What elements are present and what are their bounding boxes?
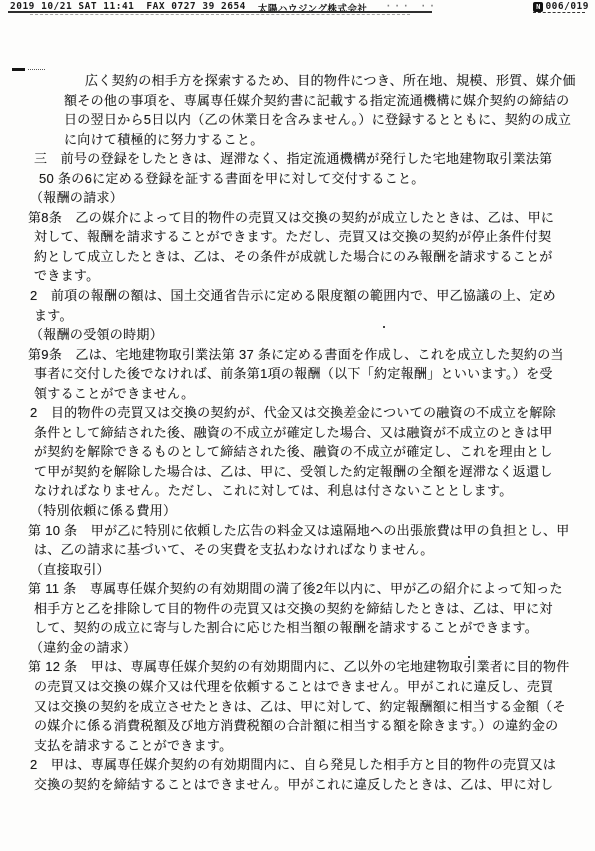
document-line: 領することができません。 — [0, 384, 595, 404]
scan-artifact-dots — [28, 69, 45, 70]
document-line: 交換の契約を締結することはできません。甲がこれに違反したときは、乙は、甲に対し — [0, 775, 595, 795]
document-line: に向けて積極的に努力すること。 — [0, 130, 595, 150]
document-line: できます。 — [0, 266, 595, 286]
document-line: 第 12 条 甲は、専属専任媒介契約の有効期間内に、乙以外の宅地建物取引業者に目… — [0, 657, 595, 677]
fax-page-indicator: N 006/019 — [533, 1, 589, 12]
document-line: 相手方と乙を排除して目的物件の売買又は交換の契約を締結したときは、乙は、甲に対 — [0, 599, 595, 619]
document-line: が契約を解除できるものとして締結された後、融資の不成立が確定し、これを理由とし — [0, 442, 595, 462]
document-line: 50 条の6に定める登録を証する書面を甲に対して交付すること。 — [0, 169, 595, 189]
fax-page-number: 006/019 — [545, 1, 589, 12]
document-line: 第9条 乙は、宅地建物取引業法第 37 条に定める書面を作成し、これを成立した契… — [0, 345, 595, 365]
document-line: 2 目的物件の売買又は交換の契約が、代金又は交換差金についての融資の不成立を解除 — [0, 403, 595, 423]
fax-page-icon: N — [533, 2, 543, 12]
document-line: なければなりません。ただし、これに対しては、利息は付さないこととします。 — [0, 481, 595, 501]
document-line: 又は交換の契約を成立させたときは、乙は、甲に対して、約定報酬額に相当する金額（そ — [0, 697, 595, 717]
document-line: （直接取引） — [0, 560, 595, 580]
document-line: 約として成立したときは、乙は、その条件が成就した場合にのみ報酬を請求することが — [0, 247, 595, 267]
document-line: 対して、報酬を請求することができます。ただし、売買又は交換の契約が停止条件付契 — [0, 227, 595, 247]
document-line: ます。 — [0, 306, 595, 326]
document-line: （違約金の請求） — [0, 638, 595, 658]
document-line: 2 甲は、専属専任媒介契約の有効期間内に、自ら発見した相手方と目的物件の売買又は — [0, 755, 595, 775]
document-line: 支払を請求することができます。 — [0, 736, 595, 756]
document-line: て甲が契約を解除した場合は、乙は、甲に、受領した約定報酬の全額を遅滞なく返還し — [0, 462, 595, 482]
page-number-underline — [533, 12, 585, 13]
document-line: 第 10 条 甲が乙に特別に依頼した広告の料金又は遠隔地への出張旅費は甲の負担と… — [0, 521, 595, 541]
document-line: （報酬の受領の時期） — [0, 325, 595, 345]
document-line: 2 前項の報酬の額は、国土交通省告示に定める限度額の範囲内で、甲乙協議の上、定め — [0, 286, 595, 306]
header-underline-dashed — [30, 14, 410, 15]
document-line: （特別依頼に係る費用） — [0, 501, 595, 521]
document-line: 事者に交付した後でなければ、前条第1項の報酬（以下「約定報酬」といいます。）を受 — [0, 364, 595, 384]
document-line: 第 11 条 専属専任媒介契約の有効期間の満了後2年以内に、甲が乙の紹介によって… — [0, 579, 595, 599]
document-line: 三 前号の登録をしたときは、遅滞なく、指定流通機構が発行した宅地建物取引業法第 — [0, 149, 595, 169]
document-line: して、契約の成立に寄与した割合に応じた相当額の報酬を請求することができます。 — [0, 618, 595, 638]
document-body: 広く契約の相手方を探索するため、目的物件につき、所在地、規模、形質、媒介価額その… — [0, 71, 595, 794]
document-line: 第8条 乙の媒介によって目的物件の売買又は交換の契約が成立したときは、乙は、甲に — [0, 208, 595, 228]
document-line: の媒介に係る消費税額及び地方消費税額の合計額に相当する額を除きます。）の違約金の — [0, 716, 595, 736]
document-line: 額その他の事項を、専属専任媒介契約書に記載する指定流通機構に媒介契約の締結の — [0, 91, 595, 111]
header-underline — [8, 11, 432, 13]
document-line: 日の翌日から5日以内（乙の休業日を含みません。）に登録するとともに、契約の成立 — [0, 110, 595, 130]
document-line: 条件として締結された後、融資の不成立が確定した場合、又は融資が不成立のときは甲 — [0, 423, 595, 443]
document-line: 広く契約の相手方を探索するため、目的物件につき、所在地、規模、形質、媒介価 — [0, 71, 595, 91]
document-line: （報酬の請求） — [0, 188, 595, 208]
document-line: は、乙の請求に基づいて、その実費を支払わなければなりません。 — [0, 540, 595, 560]
document-line: の売買又は交換の媒介又は代理を依頼することはできません。甲がこれに違反し、売買 — [0, 677, 595, 697]
